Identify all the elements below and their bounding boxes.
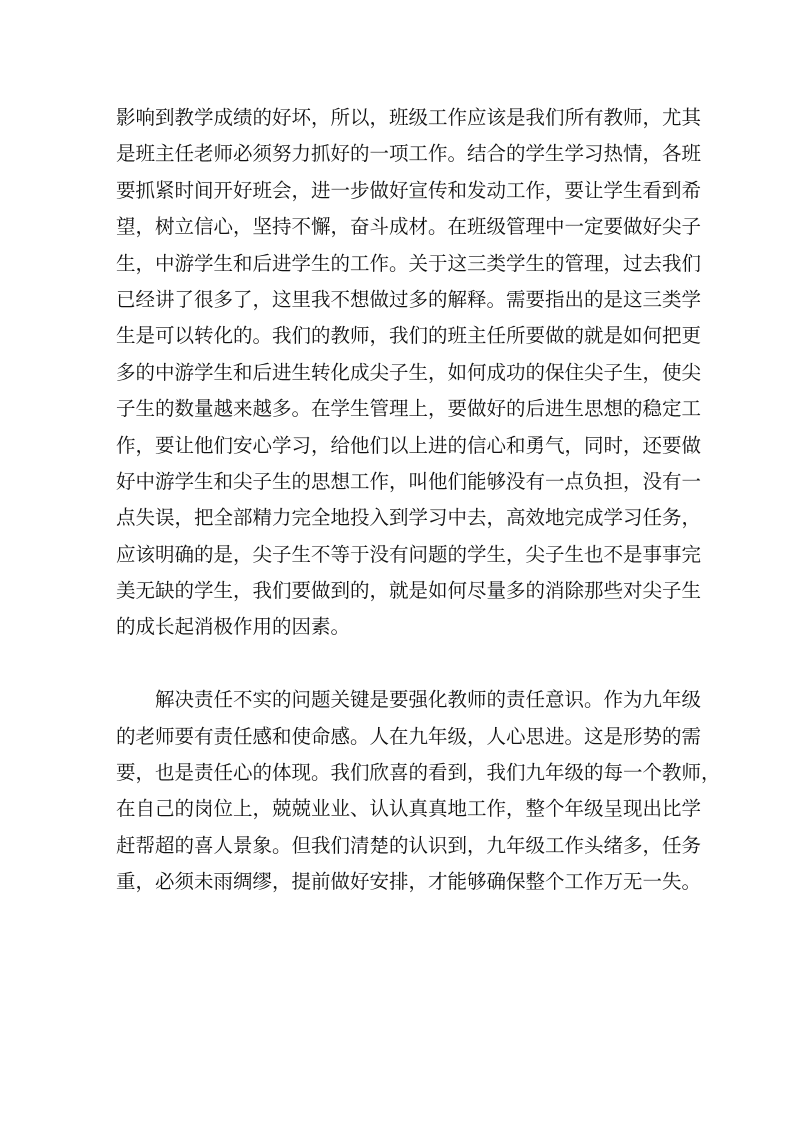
- document-page: 影响到教学成绩的好坏，所以，班级工作应该是我们所有教师，尤其 是班主任老师必须努…: [116, 100, 680, 901]
- text-line: 好中游学生和尖子生的思想工作，叫他们能够没有一点负担，没有一: [116, 464, 680, 500]
- text-line: 的老师要有责任感和使命感。人在九年级，人心思进。这是形势的需: [116, 719, 680, 755]
- text-line: 生，中游学生和后进学生的工作。关于这三类学生的管理，过去我们: [116, 246, 680, 282]
- text-line: 生是可以转化的。我们的教师，我们的班主任所要做的就是如何把更: [116, 318, 680, 354]
- text-line: 应该明确的是，尖子生不等于没有问题的学生，尖子生也不是事事完: [116, 537, 680, 573]
- text-line: 点失误，把全部精力完全地投入到学习中去，高效地完成学习任务，: [116, 500, 680, 536]
- text-line: 是班主任老师必须努力抓好的一项工作。结合的学生学习热情，各班: [116, 136, 680, 172]
- text-line: 解决责任不实的问题关键是要强化教师的责任意识。作为九年级: [116, 682, 680, 718]
- text-line: 已经讲了很多了，这里我不想做过多的解释。需要指出的是这三类学: [116, 282, 680, 318]
- text-line: 子生的数量越来越多。在学生管理上，要做好的后进生思想的稳定工: [116, 391, 680, 427]
- paragraph-2: 解决责任不实的问题关键是要强化教师的责任意识。作为九年级 的老师要有责任感和使命…: [116, 682, 680, 900]
- text-line: 要抓紧时间开好班会，进一步做好宣传和发动工作，要让学生看到希: [116, 173, 680, 209]
- text-line: 望，树立信心，坚持不懈，奋斗成材。在班级管理中一定要做好尖子: [116, 209, 680, 245]
- text-line: 作，要让他们安心学习，给他们以上进的信心和勇气，同时，还要做: [116, 428, 680, 464]
- text-line: 重，必须未雨绸缪，提前做好安排，才能够确保整个工作万无一失。: [116, 864, 680, 900]
- paragraph-1: 影响到教学成绩的好坏，所以，班级工作应该是我们所有教师，尤其 是班主任老师必须努…: [116, 100, 680, 646]
- text-line: 要，也是责任心的体现。我们欣喜的看到，我们九年级的每一个教师，: [116, 755, 680, 791]
- paragraph-gap: [116, 646, 680, 682]
- text-line: 赶帮超的喜人景象。但我们清楚的认识到，九年级工作头绪多，任务: [116, 828, 680, 864]
- text-line: 多的中游学生和后进生转化成尖子生，如何成功的保住尖子生，使尖: [116, 355, 680, 391]
- text-line: 在自己的岗位上，兢兢业业、认认真真地工作，整个年级呈现出比学: [116, 791, 680, 827]
- text-line: 美无缺的学生，我们要做到的，就是如何尽量多的消除那些对尖子生: [116, 573, 680, 609]
- text-line: 影响到教学成绩的好坏，所以，班级工作应该是我们所有教师，尤其: [116, 100, 680, 136]
- text-line: 的成长起消极作用的因素。: [116, 609, 680, 645]
